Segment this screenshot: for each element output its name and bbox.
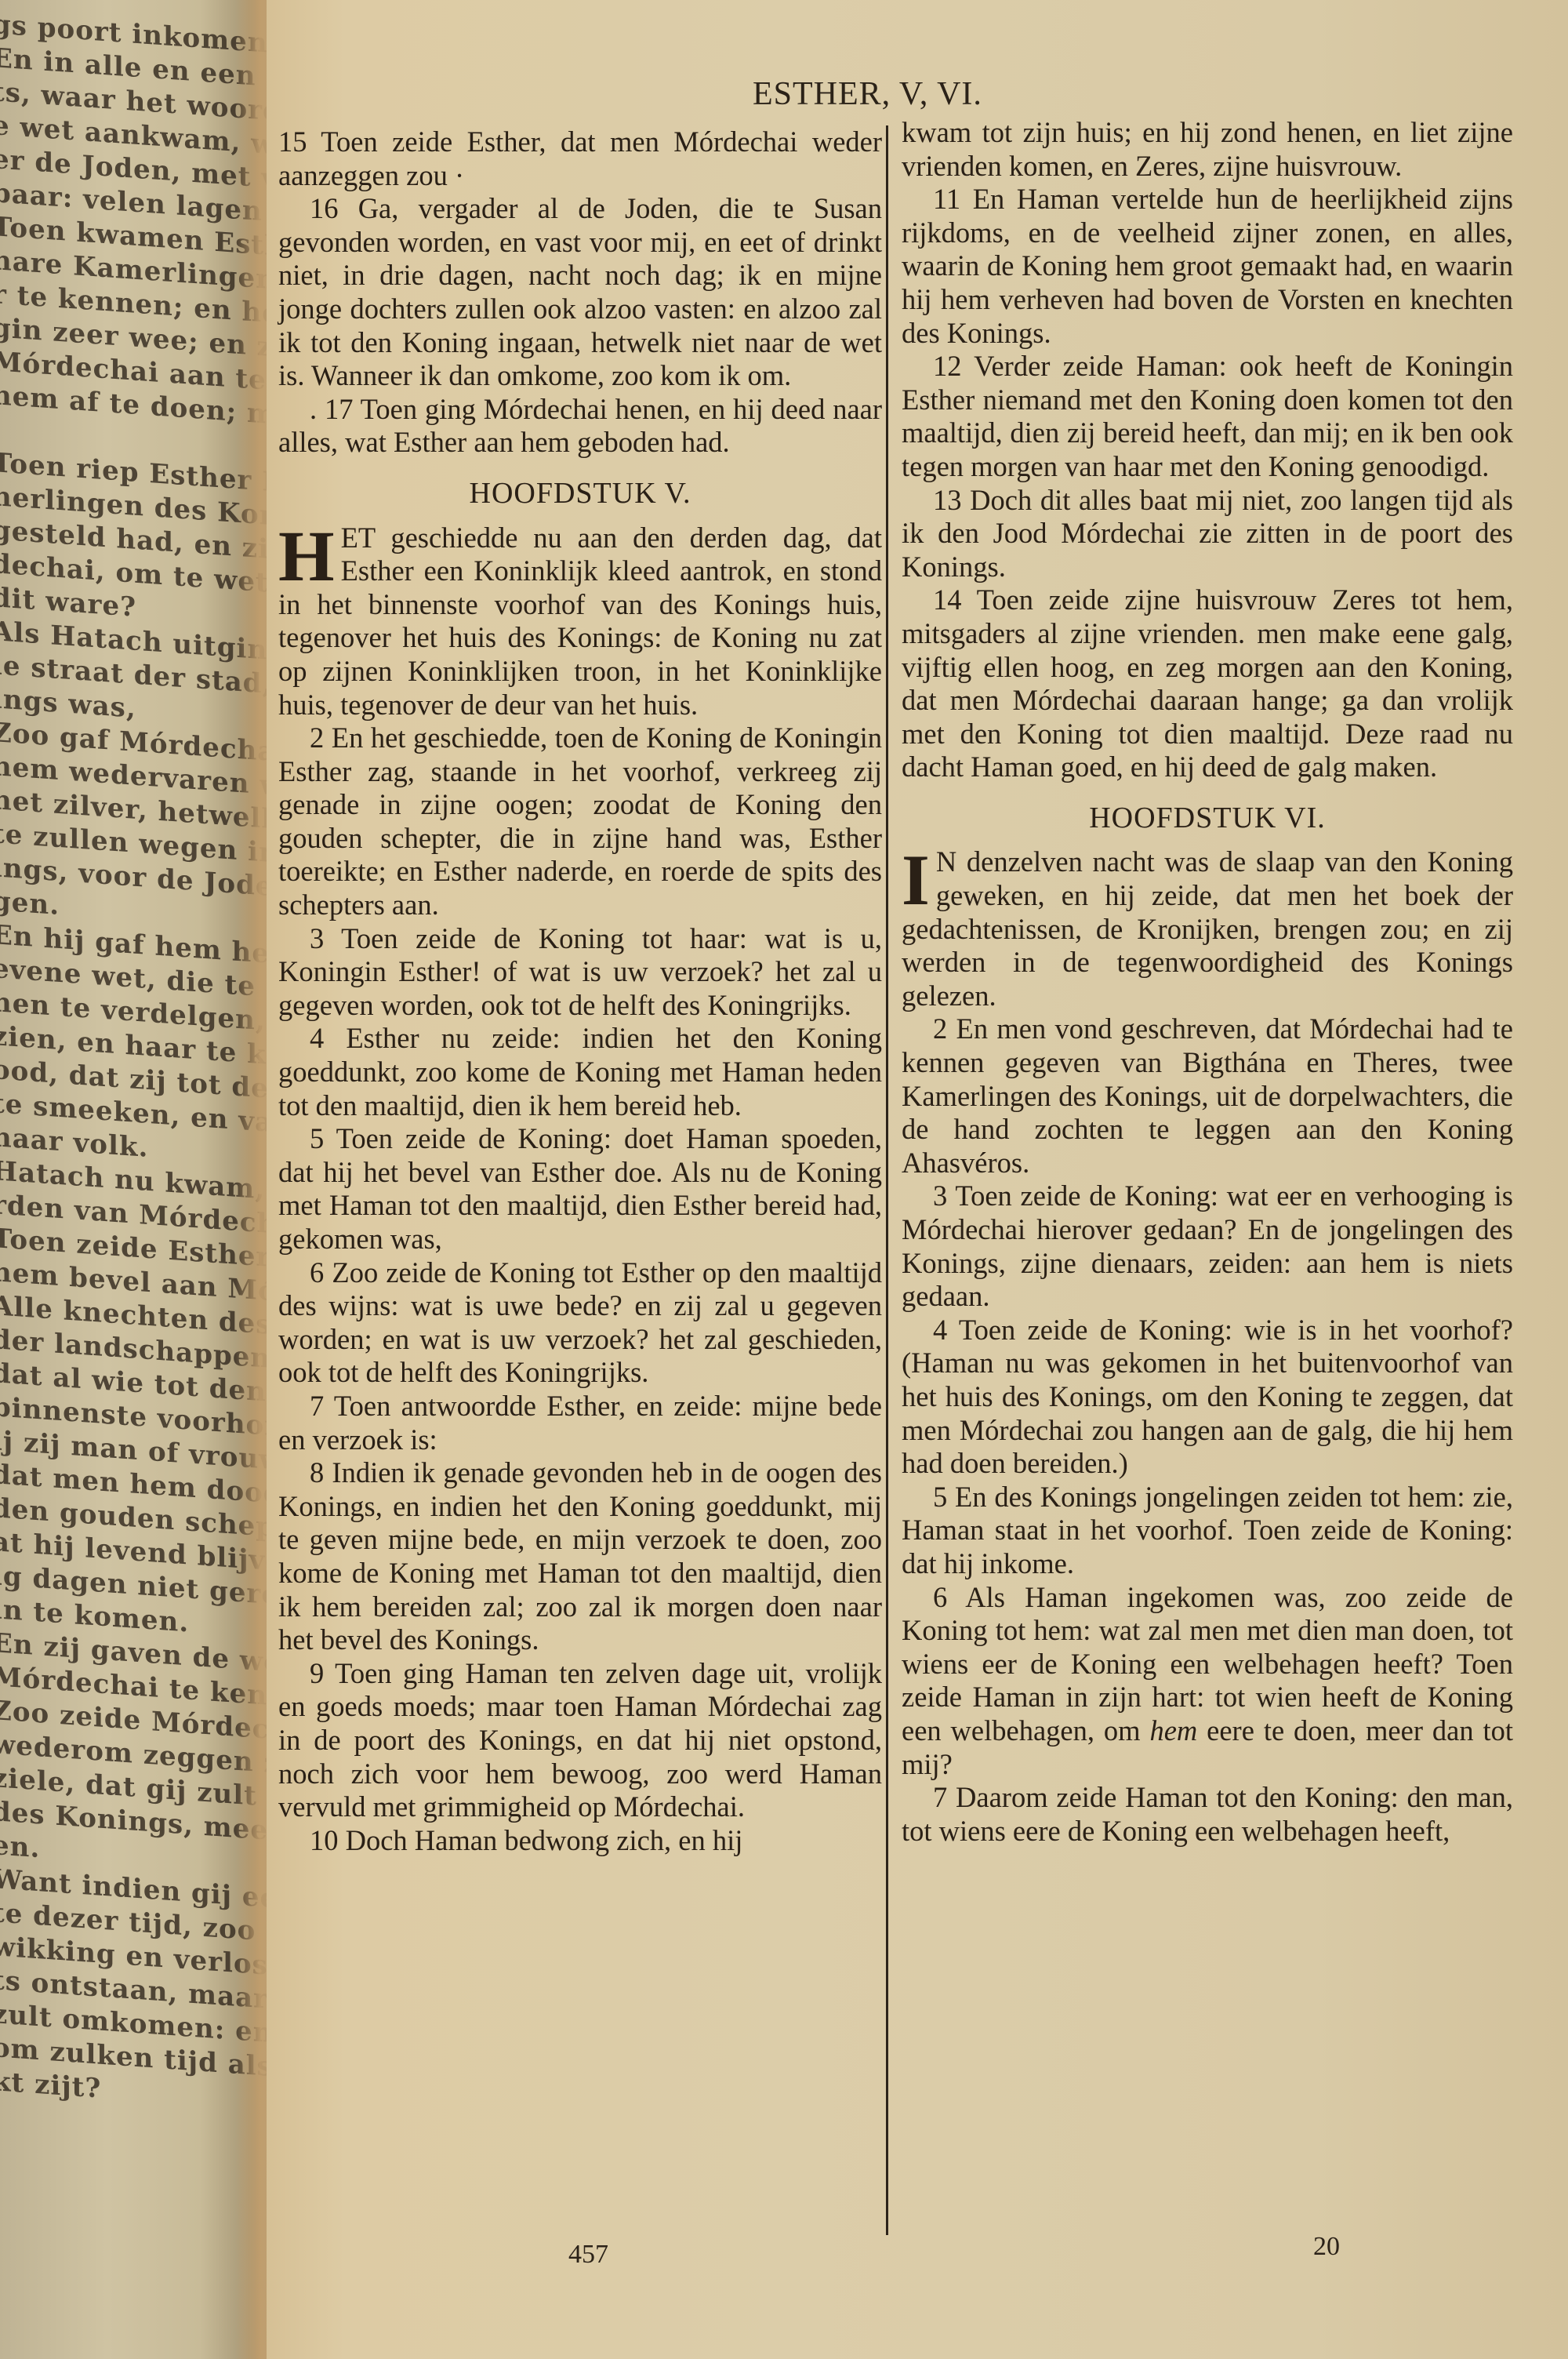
signature-mark: 20: [1313, 2232, 1340, 2262]
verse-paragraph: 5 Toen zeide de Koning: doet Haman spoed…: [278, 1122, 882, 1256]
column-divider: [886, 125, 888, 2235]
verse-paragraph: 9 Toen ging Haman ten zelven dage uit, v…: [278, 1657, 882, 1824]
verse-paragraph: 10 Doch Haman bedwong zich, en hij: [278, 1824, 882, 1858]
previous-page-text: gs poort inkomen, bekleedEn in alle en e…: [0, 0, 267, 2118]
opening-text: ET geschiedde nu aan den derden dag, dat…: [278, 522, 882, 721]
book-page: ESTHER, V, VI. 15 Toen zeide Esther, dat…: [267, 0, 1568, 2359]
verse-paragraph: 7 Toen antwoordde Esther, en zeide: mijn…: [278, 1390, 882, 1456]
verse-paragraph: 6 Als Haman ingekomen was, zoo zeide de …: [902, 1581, 1513, 1782]
verse-paragraph: . 17 Toen ging Mórdechai henen, en hij d…: [278, 393, 882, 460]
verse-paragraph: 7 Daarom zeide Haman tot den Koning: den…: [902, 1781, 1513, 1848]
verse-paragraph: 13 Doch dit alles baat mij niet, zoo lan…: [902, 484, 1513, 584]
verse-paragraph: 4 Esther nu zeide: indien het den Koning…: [278, 1022, 882, 1122]
verse-paragraph: 2 En men vond geschreven, dat Mórdechai …: [902, 1012, 1513, 1179]
previous-page-curved: gs poort inkomen, bekleedEn in alle en e…: [0, 0, 267, 2359]
verse-paragraph: 6 Zoo zeide de Koning tot Esther op den …: [278, 1256, 882, 1390]
chapter-opening-paragraph: HET geschiedde nu aan den derden dag, da…: [278, 522, 882, 722]
drop-cap: H: [278, 526, 335, 586]
verse-paragraph: 14 Toen zeide zijne huisvrouw Zeres tot …: [902, 583, 1513, 784]
opening-text: N denzelven nacht was de slaap van den K…: [902, 845, 1513, 1011]
verse-paragraph: 11 En Haman vertelde hun de heerlijkheid…: [902, 183, 1513, 350]
verse-paragraph: 3 Toen zeide de Koning tot haar: wat is …: [278, 922, 882, 1023]
verse-paragraph: 5 En des Konings jongelingen zeiden tot …: [902, 1481, 1513, 1581]
chapter-opening-paragraph: IN denzelven nacht was de slaap van den …: [902, 845, 1513, 1012]
page-number: 457: [568, 2240, 608, 2270]
verse-paragraph: 8 Indien ik genade gevonden heb in de oo…: [278, 1456, 882, 1657]
drop-cap: I: [902, 850, 930, 910]
verse-paragraph: 4 Toen zeide de Koning: wie is in het vo…: [902, 1314, 1513, 1481]
verse-paragraph: 16 Ga, vergader al de Joden, die te Susa…: [278, 192, 882, 393]
verse-paragraph: 3 Toen zeide de Koning: wat eer en verho…: [902, 1179, 1513, 1313]
verse-paragraph: kwam tot zijn huis; en hij zond henen, e…: [902, 116, 1513, 183]
verse-paragraph: 2 En het geschiedde, toen de Koning de K…: [278, 722, 882, 922]
chapter-title: HOOFDSTUK V.: [278, 477, 882, 511]
left-column: 15 Toen zeide Esther, dat men Mórdechai …: [278, 125, 882, 1857]
verse-paragraph: 12 Verder zeide Haman: ook heeft de Koni…: [902, 350, 1513, 483]
verse-paragraph: 15 Toen zeide Esther, dat men Mórdechai …: [278, 125, 882, 192]
running-head: ESTHER, V, VI.: [753, 75, 982, 113]
right-column: kwam tot zijn huis; en hij zond henen, e…: [902, 116, 1513, 1848]
italic-word: hem: [1149, 1714, 1197, 1747]
chapter-title: HOOFDSTUK VI.: [902, 801, 1513, 835]
